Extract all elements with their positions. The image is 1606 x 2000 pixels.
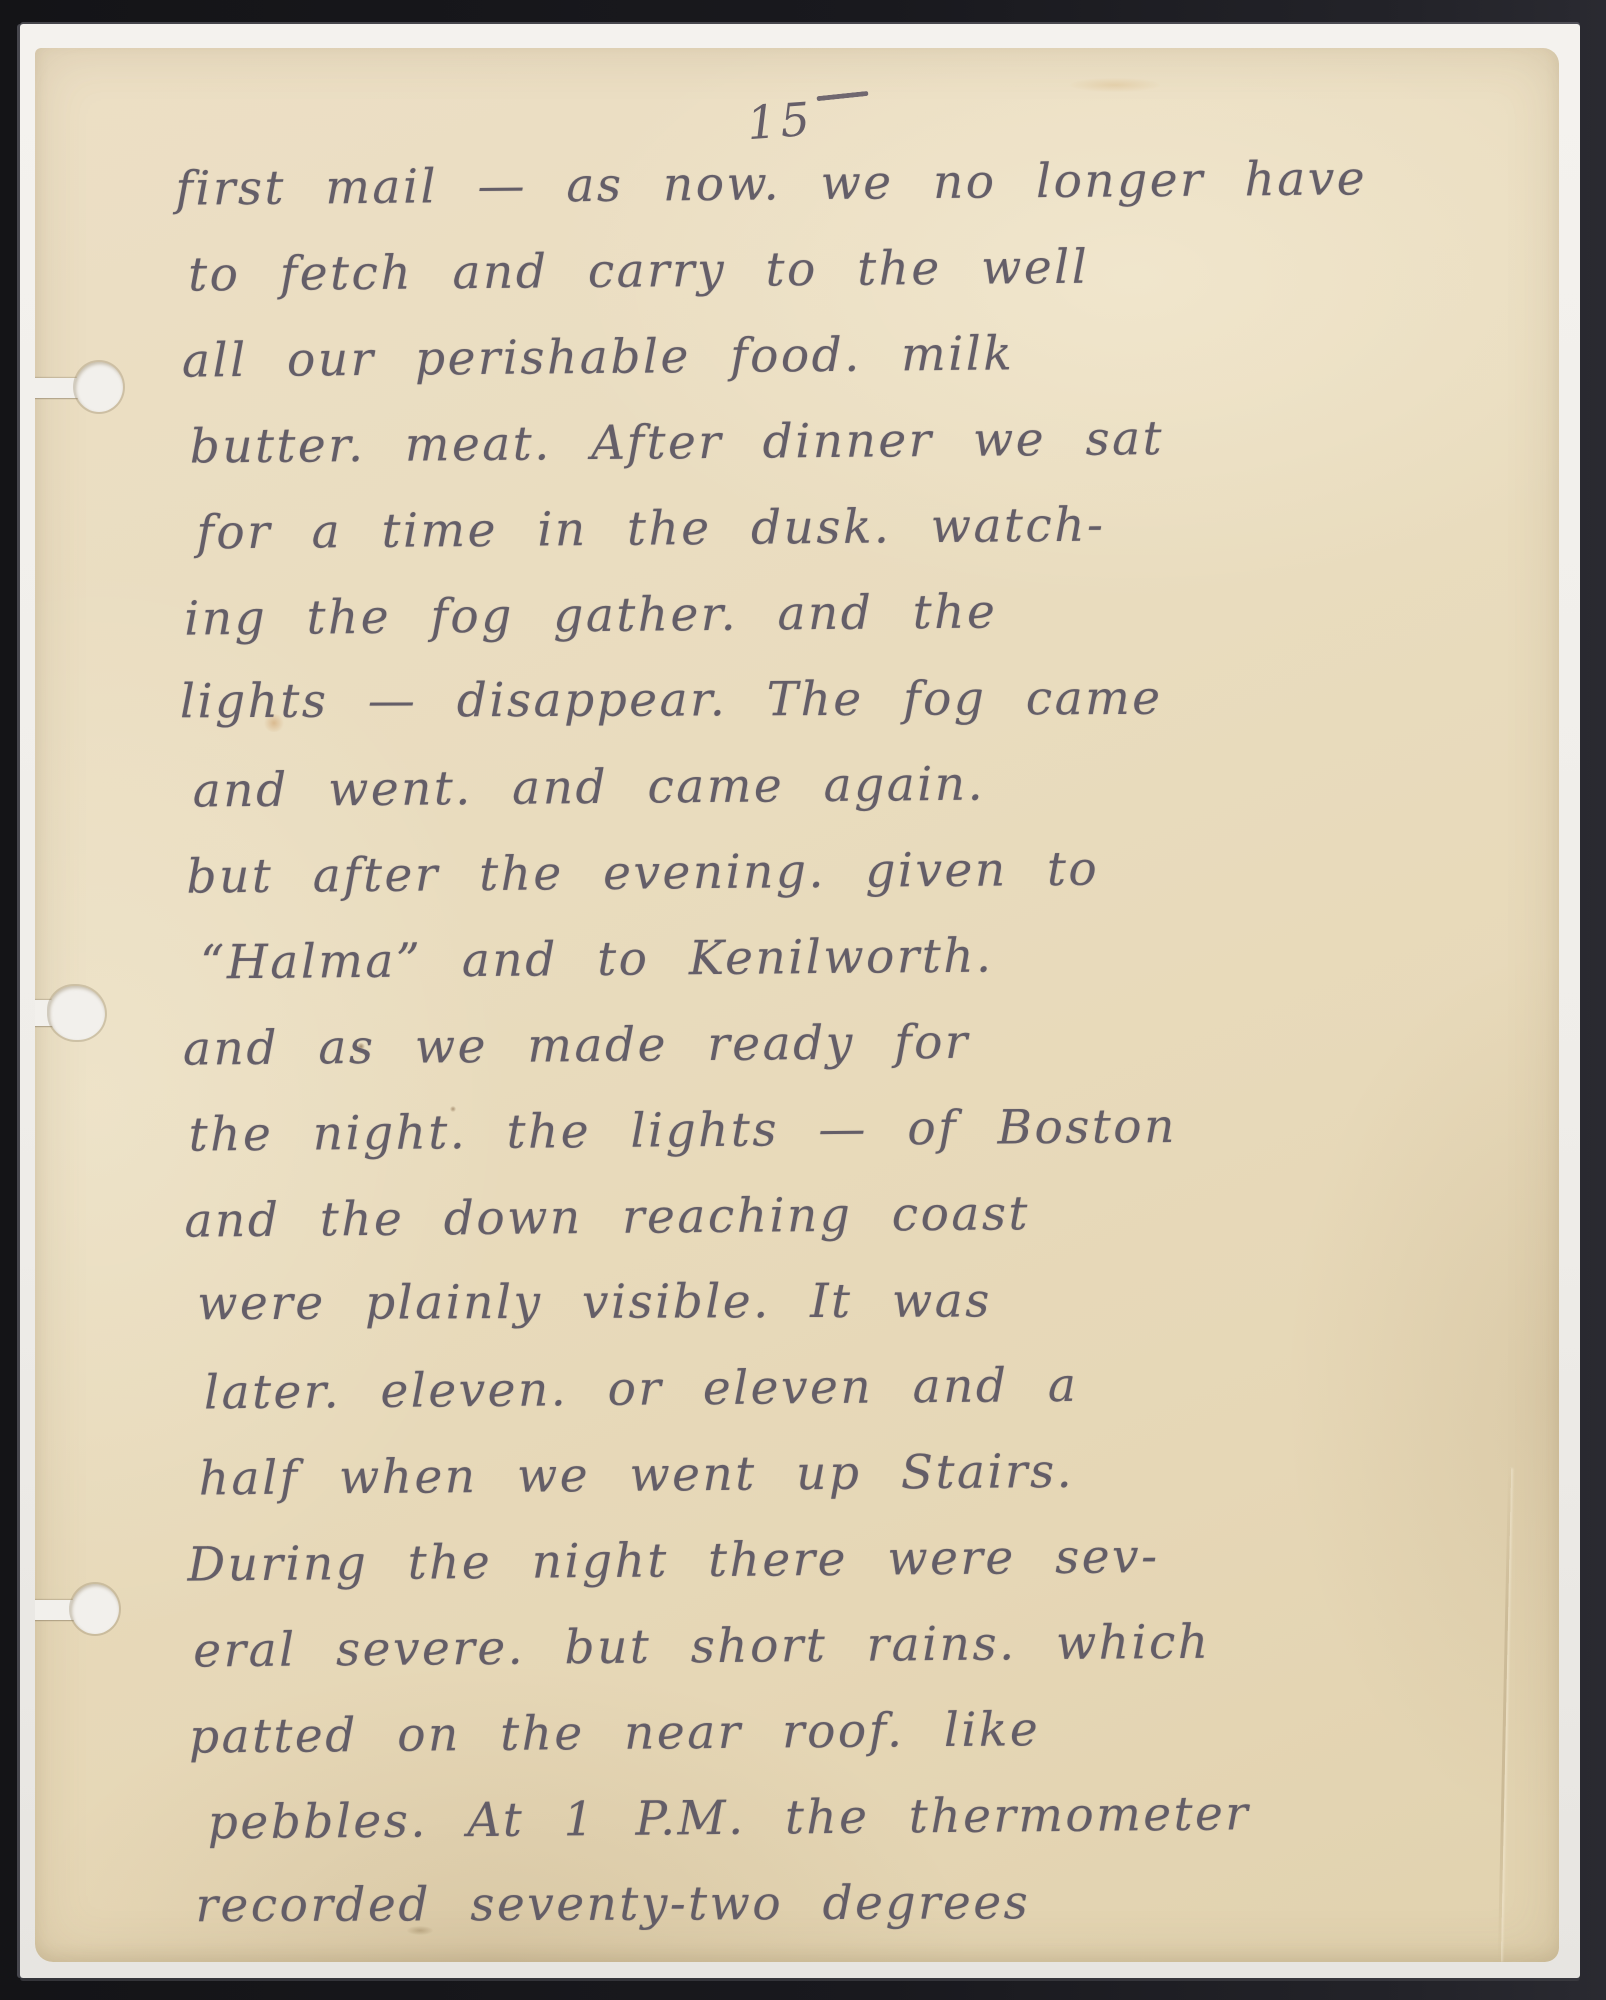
paper-stain	[1070, 78, 1160, 92]
punch-hole	[75, 362, 123, 412]
letter-line: patted on the near roof. like	[189, 1682, 1476, 1779]
punch-hole	[49, 986, 105, 1040]
letter-line: “Halma” and to Kenilworth.	[182, 908, 1469, 1005]
letter-line: pebbles. At 1 P.M. the thermometer	[189, 1768, 1476, 1865]
letter-line: to fetch and carry to the well	[176, 220, 1463, 317]
letter-line: butter. meat. After dinner we sat	[177, 392, 1464, 489]
punch-hole	[71, 1584, 119, 1634]
letter-line: and went. and came again.	[180, 736, 1467, 833]
letter-line: and the down reaching coast	[184, 1166, 1471, 1263]
letter-line: eral severe. but short rains. which	[188, 1596, 1475, 1693]
letter-line: were plainly visible. It was	[185, 1256, 1471, 1346]
letter-line: half when we went up Stairs.	[186, 1424, 1473, 1521]
letter-line: recorded seventy-two degrees	[190, 1858, 1476, 1948]
paper-crease	[1498, 1468, 1511, 1962]
letter-line: ing the fog gather. and the	[179, 564, 1466, 661]
letter-body: first mail — as now. we no longer haveto…	[175, 134, 1477, 1951]
letter-line: first mail — as now. we no longer have	[175, 134, 1462, 231]
scanned-letter: 15 first mail — as now. we no longer hav…	[0, 0, 1606, 2000]
letter-line: but after the evening. given to	[181, 822, 1468, 919]
page-number-overline	[816, 91, 868, 101]
letter-line: all our perishable food. milk	[177, 306, 1464, 403]
letter-line: and as we made ready for	[183, 994, 1470, 1091]
letter-line: for a time in the dusk. watch-	[178, 478, 1465, 575]
letter-page: 15 first mail — as now. we no longer hav…	[35, 48, 1559, 1962]
letter-line: the night. the lights — of Boston	[183, 1080, 1470, 1177]
letter-line: During the night there were sev-	[187, 1510, 1474, 1607]
letter-line: later. eleven. or eleven and a	[186, 1338, 1473, 1435]
letter-line: lights — disappear. The fog came	[180, 654, 1466, 744]
